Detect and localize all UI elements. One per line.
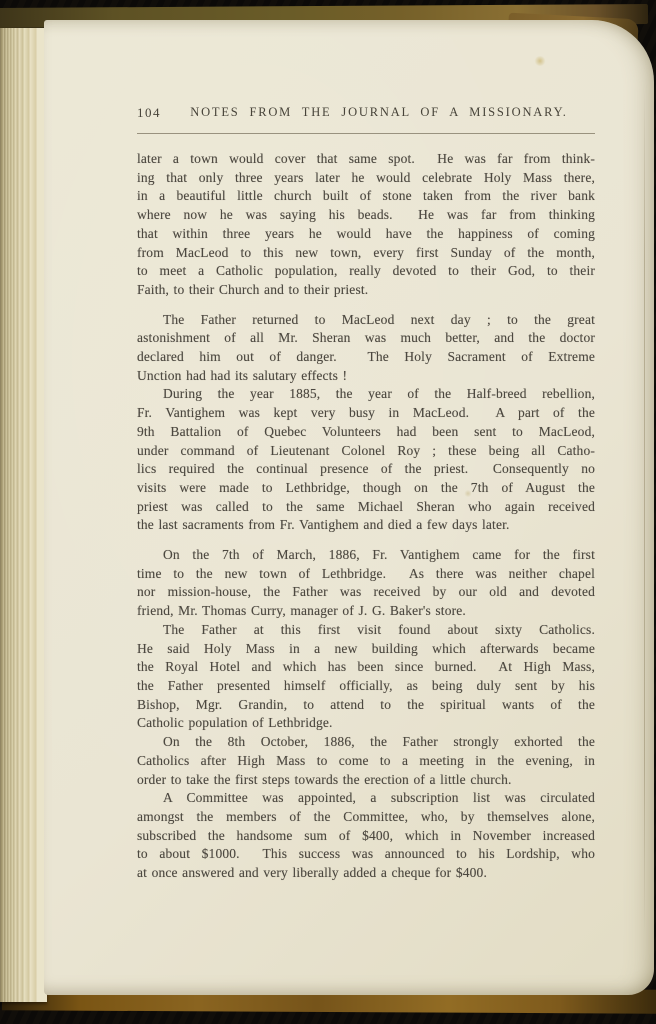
text-line: the Royal Hotel and which has been since… [137, 658, 595, 677]
text-line: friend, Mr. Thomas Curry, manager of J. … [137, 602, 595, 621]
text-line: subscribed the handsome sum of $400, whi… [137, 827, 595, 846]
page-content: 104 NOTES FROM THE JOURNAL OF A MISSIONA… [137, 105, 595, 883]
text-line: nor mission-house, the Father was receiv… [137, 583, 595, 602]
text-line: Bishop, Mgr. Grandin, to attend to the s… [137, 696, 595, 715]
text-line: the last sacraments from Fr. Vantighem a… [137, 516, 595, 535]
page-edges-stack [0, 28, 47, 1002]
text-line: astonishment of all Mr. Sheran was much … [137, 329, 595, 348]
page-header: 104 NOTES FROM THE JOURNAL OF A MISSIONA… [137, 105, 595, 122]
text-line: amongst the members of the Committee, wh… [137, 808, 595, 827]
text-line: The Father at this first visit found abo… [137, 621, 595, 640]
paragraph: A Committee was appointed, a subscriptio… [137, 789, 595, 883]
paragraph: The Father returned to MacLeod next day … [137, 311, 595, 386]
text-line: ing that only three years later he would… [137, 169, 595, 188]
text-line: that within three years he would have th… [137, 225, 595, 244]
text-line: to meet a Catholic population, really de… [137, 262, 595, 281]
text-line: On the 8th October, 1886, the Father str… [137, 733, 595, 752]
text-line: Faith, to their Church and to their prie… [137, 281, 595, 300]
text-line: at once answered and very liberally adde… [137, 864, 595, 883]
text-line: declared him out of danger. The Holy Sac… [137, 348, 595, 367]
text-line: During the year 1885, the year of the Ha… [137, 385, 595, 404]
header-rule [137, 133, 595, 134]
book-page: 104 NOTES FROM THE JOURNAL OF A MISSIONA… [44, 20, 654, 995]
text-line: the Father presented himself officially,… [137, 677, 595, 696]
paragraph: During the year 1885, the year of the Ha… [137, 385, 595, 535]
text-line: Fr. Vantighem was kept very busy in MacL… [137, 404, 595, 423]
text-line: The Father returned to MacLeod next day … [137, 311, 595, 330]
paragraph: On the 8th October, 1886, the Father str… [137, 733, 595, 789]
text-line: lics required the continual presence of … [137, 460, 595, 479]
paragraph: later a town would cover that same spot.… [137, 150, 595, 300]
text-line: in a beautiful little church built of st… [137, 187, 595, 206]
paper-stain [534, 56, 546, 66]
text-line: 9th Battalion of Quebec Volunteers had b… [137, 423, 595, 442]
text-line: under command of Lieutenant Colonel Roy … [137, 442, 595, 461]
page-number: 104 [137, 105, 161, 121]
text-line: order to take the first steps towards th… [137, 771, 595, 790]
text-line: Catholics after High Mass to come to a m… [137, 752, 595, 771]
paragraph: On the 7th of March, 1886, Fr. Vantighem… [137, 546, 595, 621]
text-block: later a town would cover that same spot.… [137, 150, 595, 883]
text-line: He said Holy Mass in a new building whic… [137, 640, 595, 659]
text-line: visits were made to Lethbridge, though o… [137, 479, 595, 498]
paragraph: The Father at this first visit found abo… [137, 621, 595, 733]
text-line: time to the new town of Lethbridge. As t… [137, 565, 595, 584]
running-title: NOTES FROM THE JOURNAL OF A MISSIONARY. [137, 105, 595, 120]
text-line: Unction had had its salutary effects ! [137, 367, 595, 386]
text-line: where now he was saying his beads. He wa… [137, 206, 595, 225]
text-line: to about $1000. This success was announc… [137, 845, 595, 864]
text-line: A Committee was appointed, a subscriptio… [137, 789, 595, 808]
scanned-book-photo: 104 NOTES FROM THE JOURNAL OF A MISSIONA… [0, 0, 656, 1024]
text-line: Catholic population of Lethbridge. [137, 714, 595, 733]
text-line: from MacLeod to this new town, every fir… [137, 244, 595, 263]
text-line: priest was called to the same Michael Sh… [137, 498, 595, 517]
text-line: later a town would cover that same spot.… [137, 150, 595, 169]
text-line: On the 7th of March, 1886, Fr. Vantighem… [137, 546, 595, 565]
